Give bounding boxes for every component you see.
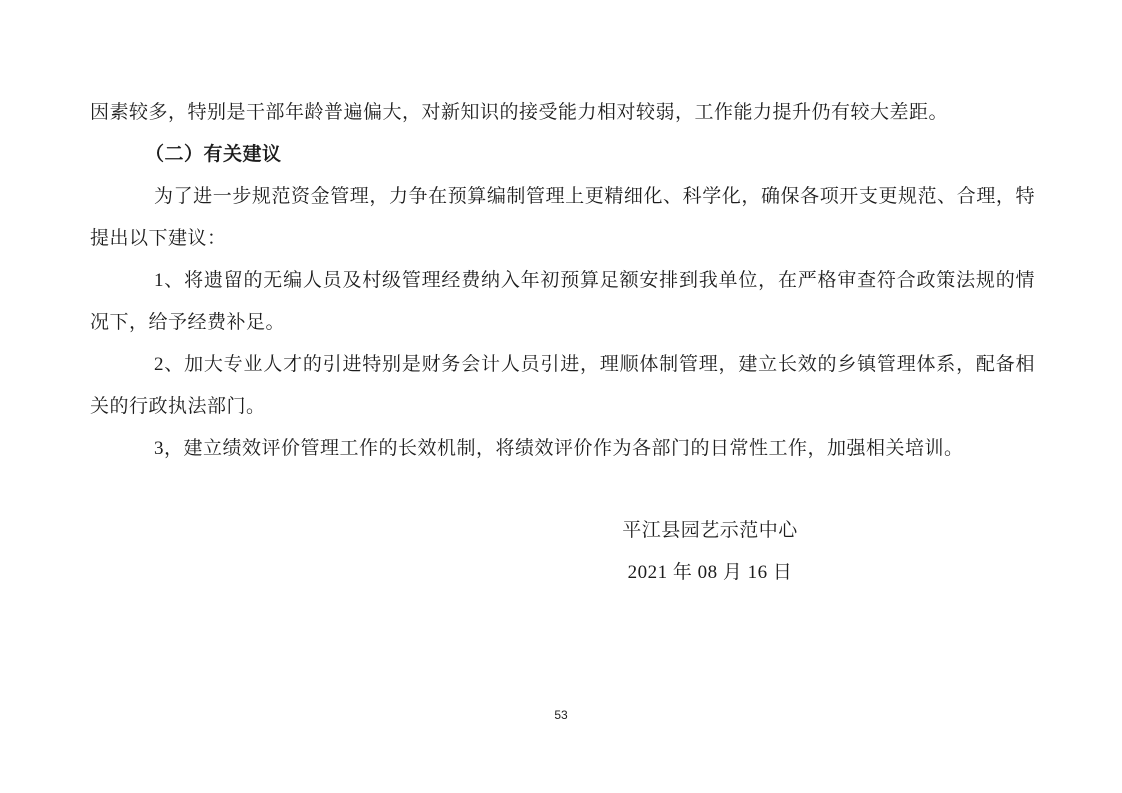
signature-organization: 平江县园艺示范中心 <box>510 510 910 552</box>
paragraph-suggestion-2: 2、加大专业人才的引进特别是财务会计人员引进，理顺体制管理，建立长效的乡镇管理体… <box>90 344 1035 428</box>
document-content: 因素较多，特别是干部年龄普遍偏大，对新知识的接受能力相对较弱，工作能力提升仍有较… <box>90 92 1035 594</box>
page-number: 53 <box>554 708 567 722</box>
signature-date: 2021 年 08 月 16 日 <box>510 552 910 594</box>
document-page: 因素较多，特别是干部年龄普遍偏大，对新知识的接受能力相对较弱，工作能力提升仍有较… <box>0 0 1122 793</box>
section-heading-suggestions: （二）有关建议 <box>90 134 1035 176</box>
paragraph-intro: 为了进一步规范资金管理，力争在预算编制管理上更精细化、科学化，确保各项开支更规范… <box>90 176 1035 260</box>
paragraph-suggestion-1: 1、将遗留的无编人员及村级管理经费纳入年初预算足额安排到我单位，在严格审查符合政… <box>90 260 1035 344</box>
paragraph-suggestion-3: 3，建立绩效评价管理工作的长效机制，将绩效评价作为各部门的日常性工作，加强相关培… <box>90 428 1035 470</box>
paragraph-continuation: 因素较多，特别是干部年龄普遍偏大，对新知识的接受能力相对较弱，工作能力提升仍有较… <box>90 92 1035 134</box>
signature-block: 平江县园艺示范中心 2021 年 08 月 16 日 <box>510 510 910 594</box>
page-footer: 53 <box>0 706 1122 724</box>
